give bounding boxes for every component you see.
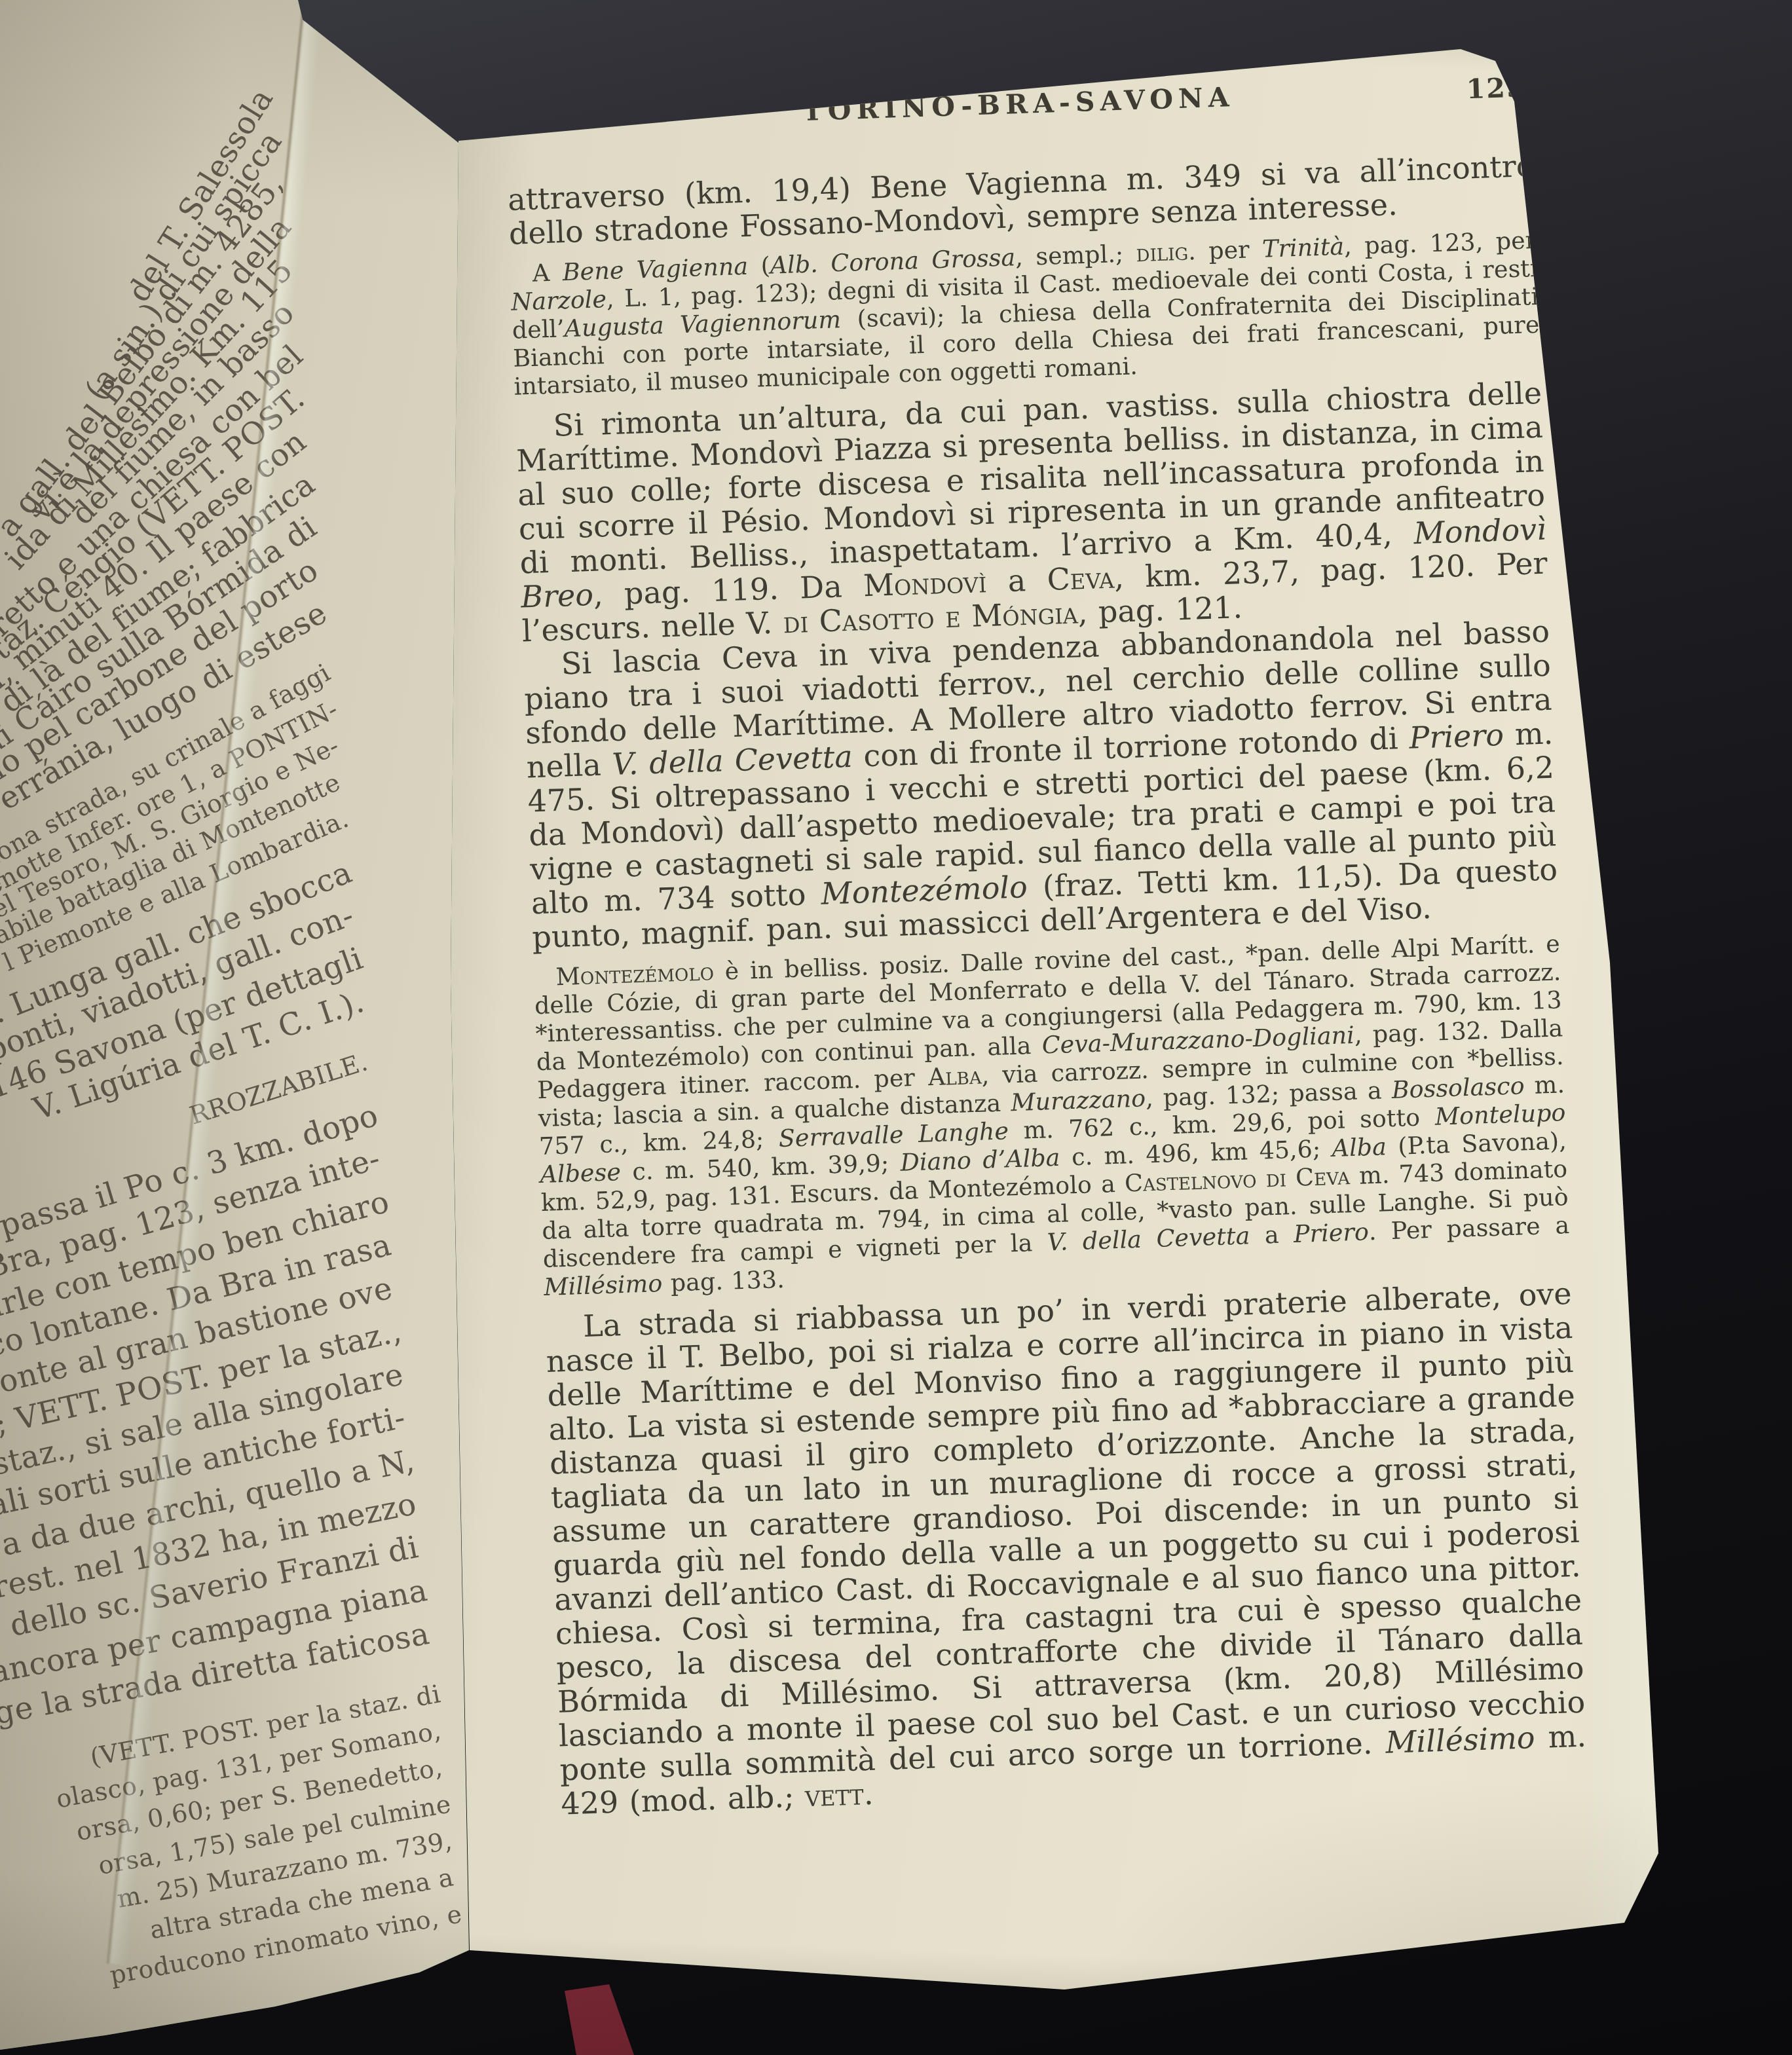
body-text: attraverso (km. 19,4) Bene Vagienna m. 3… <box>507 149 1588 1821</box>
right-page: TORINO-BRA-SAVONA 125 attraverso (km. 19… <box>406 20 1690 2017</box>
body-paragraph: A Bene Vagienna (Alb. Corona Grossa, sem… <box>510 226 1540 401</box>
book-photo: del T. Salessola(a sin.) di cui spiccaa … <box>0 0 1792 2055</box>
body-paragraph: Si rimonta un’altura, da cui pan. vastis… <box>515 376 1549 648</box>
right-page-text: TORINO-BRA-SAVONA 125 attraverso (km. 19… <box>504 71 1588 1821</box>
body-paragraph: Si lascia Ceva in viva pendenza abbandon… <box>523 614 1559 955</box>
body-paragraph: La strada si riabbassa un po’ in verdi p… <box>544 1276 1588 1821</box>
body-paragraph: Montezémolo è in belliss. posiz. Dalle r… <box>533 929 1571 1301</box>
